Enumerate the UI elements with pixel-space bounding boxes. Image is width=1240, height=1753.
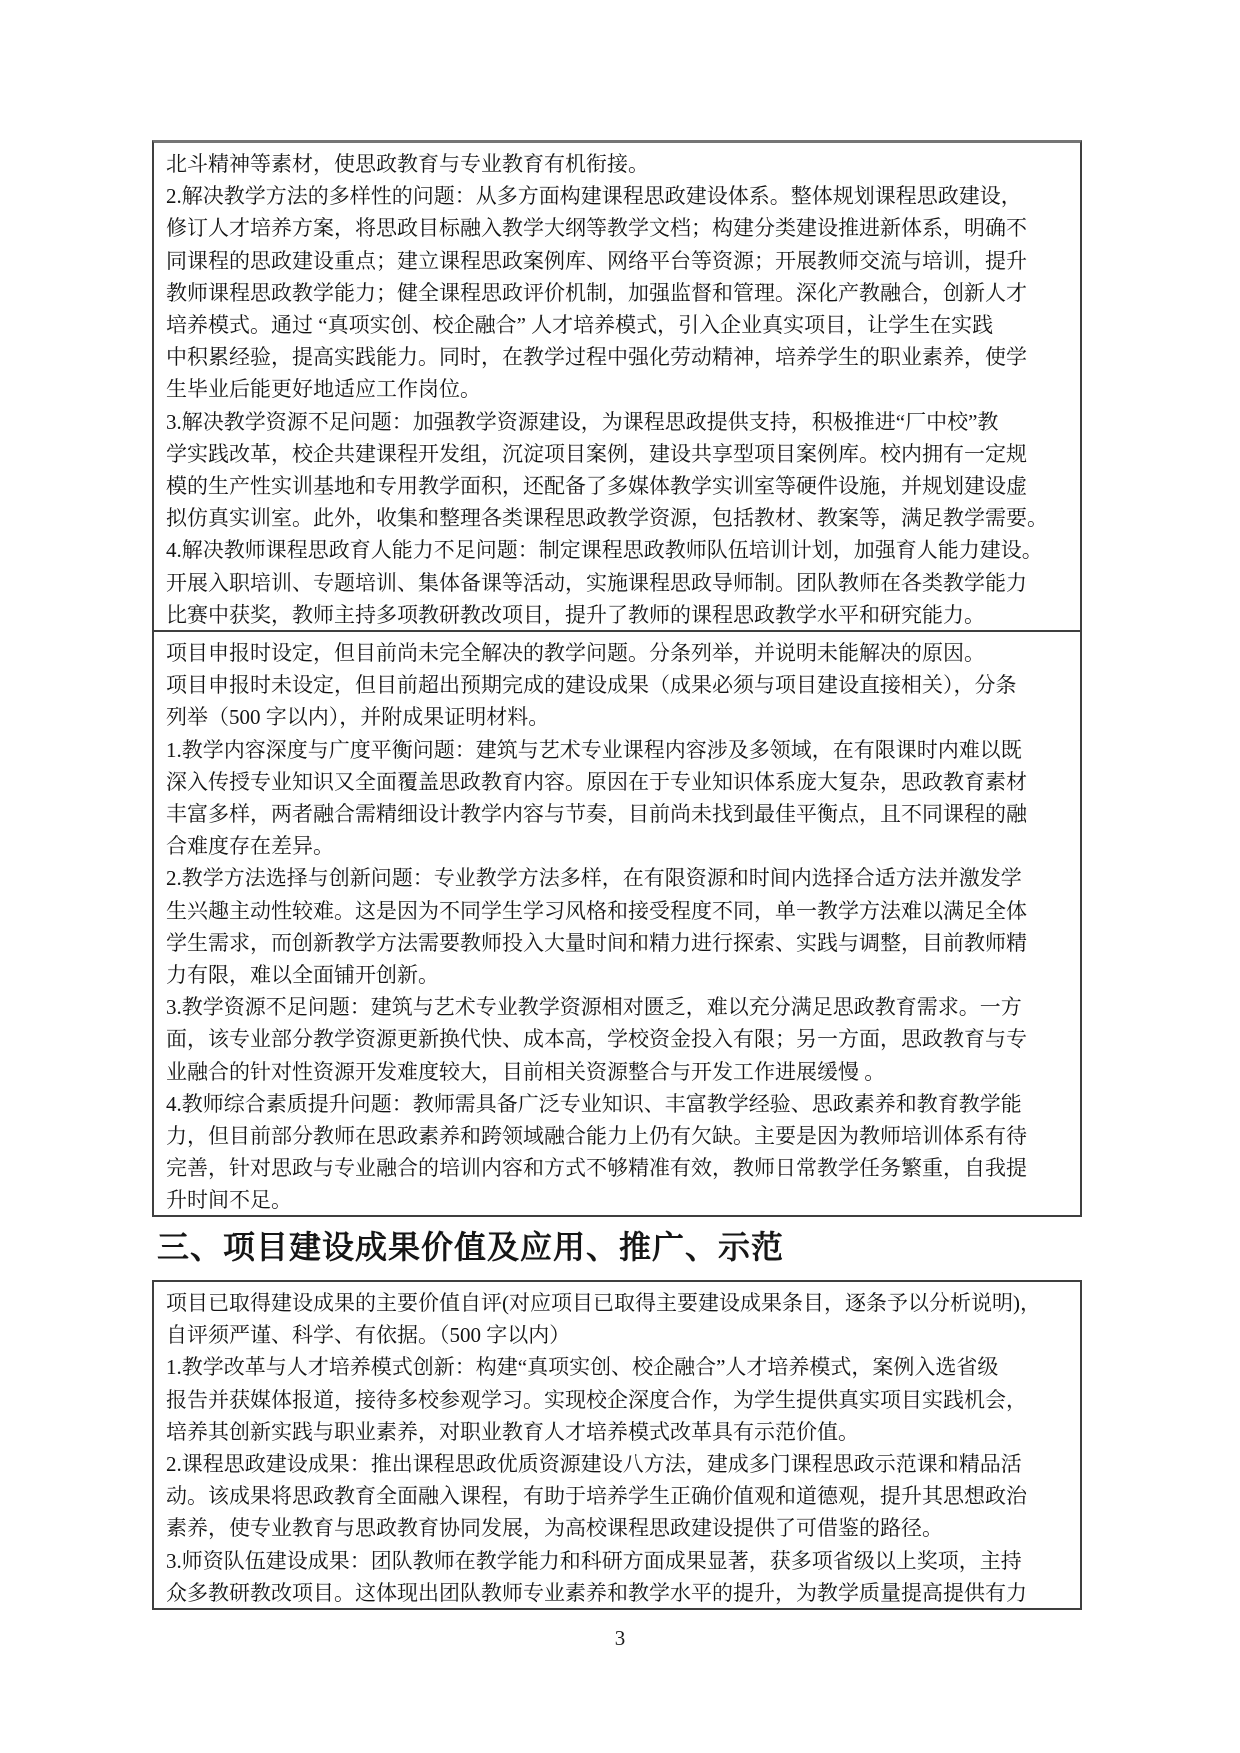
text-line: 力有限，难以全面铺开创新。 xyxy=(166,959,1070,991)
text-line: 丰富多样，两者融合需精细设计教学内容与节奏，目前尚未找到最佳平衡点，且不同课程的… xyxy=(166,798,1070,830)
text-line: 模的生产性实训基地和专用教学面积，还配备了多媒体教学实训室等硬件设施，并规划建设… xyxy=(166,470,1070,502)
text-line: 面，该专业部分教学资源更新换代快、成本高，学校资金投入有限；另一方面，思政教育与… xyxy=(166,1023,1070,1055)
text-line: 素养，使专业教育与思政教育协同发展，为高校课程思政建设提供了可借鉴的路径。 xyxy=(166,1512,1070,1544)
text-line: 比赛中获奖，教师主持多项教研教改项目，提升了教师的课程思政教学水平和研究能力。 xyxy=(166,599,1070,630)
text-line: 升时间不足。 xyxy=(166,1184,1070,1215)
cell-achievement-value: 项目已取得建设成果的主要价值自评(对应项目已取得主要建设成果条目，逐条予以分析说… xyxy=(154,1282,1080,1608)
text-line: 4.解决教师课程思政育人能力不足问题：制定课程思政教师队伍培训计划，加强育人能力… xyxy=(166,534,1070,566)
document-page: 北斗精神等素材，使思政教育与专业教育有机衔接。2.解决教学方法的多样性的问题：从… xyxy=(0,0,1240,1753)
text-line: 自评须严谨、科学、有依据。（500 字以内） xyxy=(166,1319,1070,1351)
text-line: 北斗精神等素材，使思政教育与专业教育有机衔接。 xyxy=(166,148,1070,180)
text-line: 生兴趣主动性较难。这是因为不同学生学习风格和接受程度不同，单一教学方法难以满足全… xyxy=(166,895,1070,927)
text-line: 开展入职培训、专题培训、集体备课等活动，实施课程思政导师制。团队教师在各类教学能… xyxy=(166,567,1070,599)
text-line: 众多教研教改项目。这体现出团队教师专业素养和教学水平的提升，为教学质量提高提供有… xyxy=(166,1577,1070,1608)
text-line: 动。该成果将思政教育全面融入课程，有助于培养学生正确价值观和道德观，提升其思想政… xyxy=(166,1480,1070,1512)
text-line: 同课程的思政建设重点；建立课程思政案例库、网络平台等资源；开展教师交流与培训，提… xyxy=(166,245,1070,277)
text-line: 3.解决教学资源不足问题：加强教学资源建设，为课程思政提供支持，积极推进“厂中校… xyxy=(166,406,1070,438)
text-line: 2.解决教学方法的多样性的问题：从多方面构建课程思政建设体系。整体规划课程思政建… xyxy=(166,180,1070,212)
cell-solved-problems: 北斗精神等素材，使思政教育与专业教育有机衔接。2.解决教学方法的多样性的问题：从… xyxy=(154,143,1080,630)
text-line: 3.师资队伍建设成果：团队教师在教学能力和科研方面成果显著，获多项省级以上奖项，… xyxy=(166,1545,1070,1577)
table-achievement-value: 项目已取得建设成果的主要价值自评(对应项目已取得主要建设成果条目，逐条予以分析说… xyxy=(152,1280,1082,1610)
text-line: 完善，针对思政与专业融合的培训内容和方式不够精准有效，教师日常教学任务繁重，自我… xyxy=(166,1152,1070,1184)
table-teaching-problems: 北斗精神等素材，使思政教育与专业教育有机衔接。2.解决教学方法的多样性的问题：从… xyxy=(152,140,1082,1217)
text-line: 教师课程思政教学能力；健全课程思政评价机制，加强监督和管理。深化产教融合，创新人… xyxy=(166,277,1070,309)
text-line: 3.教学资源不足问题：建筑与艺术专业教学资源相对匮乏，难以充分满足思政教育需求。… xyxy=(166,991,1070,1023)
text-line: 报告并获媒体报道，接待多校参观学习。实现校企深度合作，为学生提供真实项目实践机会… xyxy=(166,1384,1070,1416)
text-line: 拟仿真实训室。此外，收集和整理各类课程思政教学资源，包括教材、教案等，满足教学需… xyxy=(166,502,1070,534)
text-line: 2.教学方法选择与创新问题：专业教学方法多样，在有限资源和时间内选择合适方法并激… xyxy=(166,862,1070,894)
text-line: 培养其创新实践与职业素养，对职业教育人才培养模式改革具有示范价值。 xyxy=(166,1416,1070,1448)
text-line: 项目已取得建设成果的主要价值自评(对应项目已取得主要建设成果条目，逐条予以分析说… xyxy=(166,1287,1070,1319)
section-heading: 三、项目建设成果价值及应用、推广、示范 xyxy=(157,1222,784,1268)
text-line: 4.教师综合素质提升问题：教师需具备广泛专业知识、丰富教学经验、思政素养和教育教… xyxy=(166,1088,1070,1120)
text-line: 项目申报时未设定，但目前超出预期完成的建设成果（成果必须与项目建设直接相关），分… xyxy=(166,669,1070,701)
text-line: 学生需求，而创新教学方法需要教师投入大量时间和精力进行探索、实践与调整，目前教师… xyxy=(166,927,1070,959)
text-line: 深入传授专业知识又全面覆盖思政教育内容。原因在于专业知识体系庞大复杂，思政教育素… xyxy=(166,766,1070,798)
text-line: 列举（500 字以内），并附成果证明材料。 xyxy=(166,701,1070,733)
text-line: 业融合的针对性资源开发难度较大，目前相关资源整合与开发工作进展缓慢 。 xyxy=(166,1056,1070,1088)
cell-unsolved-problems: 项目申报时设定，但目前尚未完全解决的教学问题。分条列举，并说明未能解决的原因。项… xyxy=(154,630,1080,1215)
text-line: 1.教学内容深度与广度平衡问题：建筑与艺术专业课程内容涉及多领域，在有限课时内难… xyxy=(166,734,1070,766)
page-number: 3 xyxy=(0,1626,1240,1651)
text-line: 学实践改革，校企共建课程开发组，沉淀项目案例，建设共享型项目案例库。校内拥有一定… xyxy=(166,438,1070,470)
text-line: 修订人才培养方案，将思政目标融入教学大纲等教学文档；构建分类建设推进新体系，明确… xyxy=(166,212,1070,244)
text-line: 2.课程思政建设成果：推出课程思政优质资源建设八方法，建成多门课程思政示范课和精… xyxy=(166,1448,1070,1480)
text-line: 中积累经验，提高实践能力。同时，在教学过程中强化劳动精神，培养学生的职业素养，使… xyxy=(166,341,1070,373)
text-line: 培养模式。通过 “真项实创、校企融合” 人才培养模式，引入企业真实项目，让学生在… xyxy=(166,309,1070,341)
text-line: 力，但目前部分教师在思政素养和跨领域融合能力上仍有欠缺。主要是因为教师培训体系有… xyxy=(166,1120,1070,1152)
text-line: 项目申报时设定，但目前尚未完全解决的教学问题。分条列举，并说明未能解决的原因。 xyxy=(166,637,1070,669)
text-line: 生毕业后能更好地适应工作岗位。 xyxy=(166,373,1070,405)
text-line: 1.教学改革与人才培养模式创新：构建“真项实创、校企融合”人才培养模式，案例入选… xyxy=(166,1351,1070,1383)
text-line: 合难度存在差异。 xyxy=(166,830,1070,862)
